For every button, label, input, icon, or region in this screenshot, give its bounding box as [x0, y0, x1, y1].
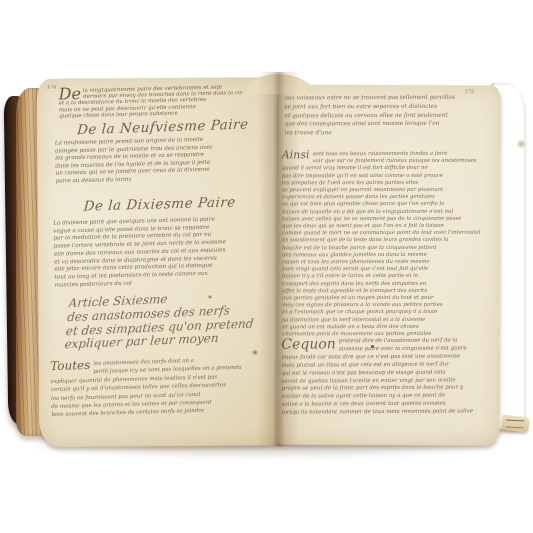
intro-drop-cap: De [59, 88, 82, 100]
right-bottom-paragraph: Cequon pretend dire de l'anastomose du n… [281, 337, 494, 418]
paragraph-dixiesme: La dixiesme paire que quelques uns ont n… [53, 215, 269, 290]
article-sixiesme-heading: Article Sixiesmedes anastomoses des nerf… [64, 289, 273, 353]
cequon-drop-cap: Cequon [281, 338, 336, 350]
right-top-paragraph: aux vaisseaux estre ne se trouvent pas t… [284, 94, 490, 139]
index-tab [501, 414, 530, 432]
heading-dixiesme-paire: De la Dixiesme Paire [83, 193, 284, 215]
paragraph-toutes: Toutes les anastomoses des nerfs dont on… [50, 355, 272, 420]
center-fold-curl [236, 66, 320, 94]
right-main-paragraph: Ainsi sont tous ces beaux raisonnements … [282, 151, 493, 339]
ainsi-drop-cap: Ainsi [282, 151, 310, 159]
toutes-drop-cap: Toutes [50, 360, 90, 371]
right-page: 175 aux vaisseaux estre ne se trouvent p… [277, 85, 500, 446]
text-line: lorsqu'ils entendent nommer de tous mets… [282, 408, 494, 417]
left-page-number: 174 [47, 85, 57, 91]
index-tab-writing [506, 419, 524, 428]
left-page: 174 De la vingtquatriesme paire des vert… [37, 77, 282, 447]
heading-neufviesme-paire: De la Neufviesme Paire [77, 116, 278, 139]
main-lines: sont tous ces beaux raisonnements fondés… [282, 151, 493, 339]
text-line: les trouve d'une [285, 129, 491, 139]
paragraph-neufviesme: La neufviesme paire prend son origine de… [55, 135, 268, 186]
manuscript-book-photo: 174 De la vingtquatriesme paire des vert… [0, 0, 533, 533]
